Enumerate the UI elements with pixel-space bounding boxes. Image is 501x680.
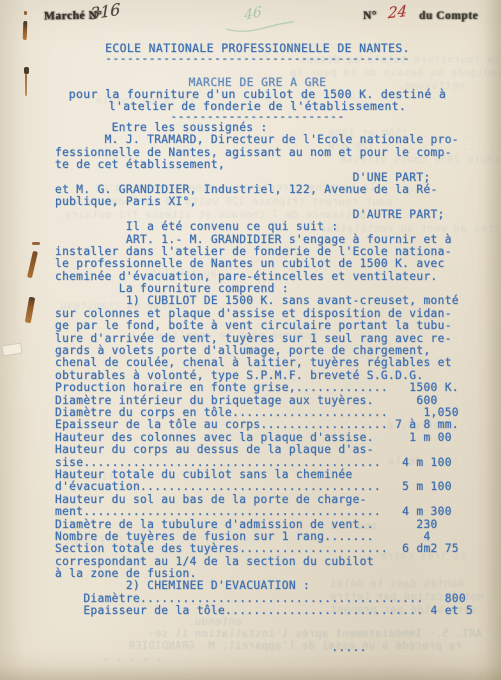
typed-line: chenal de coulée, chenal à laitier, tuyè… (55, 357, 475, 369)
document-page: la fourniture totale au-dessusindiquée a… (0, 0, 501, 680)
rust-stain (24, 11, 27, 15)
typed-line: te de cet établissement, (55, 159, 475, 171)
rust-stain (24, 67, 29, 74)
typed-line: ment....................................… (55, 506, 475, 518)
typed-line: d'évacuation............................… (55, 481, 475, 493)
rust-stain (32, 242, 40, 245)
typed-line (55, 618, 475, 630)
typed-line: 1) CUBILOT DE 1500 K. sans avant-creuset… (55, 295, 475, 307)
account-number-handwritten: 24 (388, 2, 408, 23)
typed-line: le professionnelle de Nantes un cubilot … (55, 258, 475, 270)
typed-line: M. J. TRAMARD, Directeur de l'Ecole nati… (55, 134, 475, 146)
right-edge-shadow (485, 0, 501, 680)
bottom-edge-shadow (0, 666, 501, 680)
title-rule: ----------------------------------------… (55, 52, 460, 64)
typed-line: Epaisseur de la tôle....................… (55, 605, 475, 617)
typed-line: Epaisseur de la tôle au corps...........… (55, 419, 475, 431)
account-label-stamp: du Compte (419, 10, 478, 22)
typed-body: Entre les soussignés : M. J. TRAMARD, Di… (55, 122, 475, 655)
typed-line: publique, Paris XI°, (55, 196, 475, 208)
paper-scratch (1, 343, 22, 357)
typed-line: Hauteur du corps au dessus de la plaque … (55, 444, 475, 456)
typed-line: Production horaire en fonte grise,......… (55, 382, 475, 394)
rust-stain (25, 297, 35, 324)
typed-line: ..... (55, 642, 475, 654)
typed-line: ge par le fond, boîte à vent circulaire … (55, 320, 475, 332)
rust-stain (27, 251, 38, 278)
rust-stain (23, 21, 28, 40)
account-no-stamp: N° (363, 10, 377, 22)
green-flourish (224, 20, 296, 34)
typed-line: 2) CHEMINEE D'EVACUATION : (55, 580, 475, 592)
marche-number-handwritten: 316 (90, 0, 121, 23)
typed-line: Il a été convenu ce qui suit : (55, 221, 475, 233)
typed-line: Section totale des tuyères..............… (55, 543, 475, 555)
rust-stain (25, 74, 27, 96)
